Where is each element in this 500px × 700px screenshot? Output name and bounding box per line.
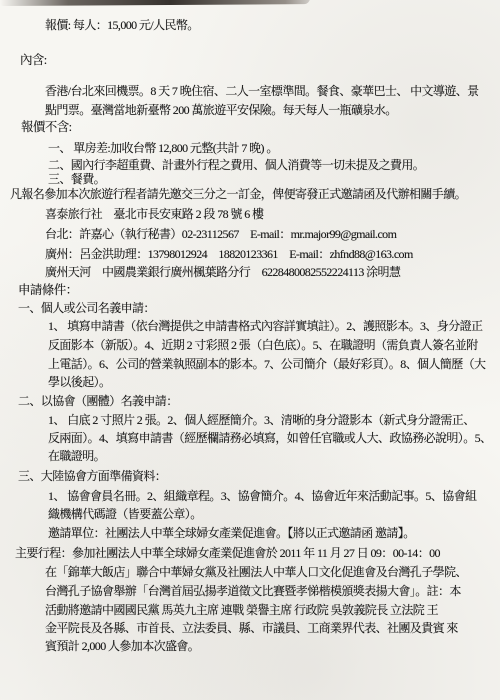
section1-line-2: 反面影本（新版）。4、近期 2 寸彩照 2 張（白色底）。5、在職證明（需負責人… [48, 338, 478, 352]
inviter-line: 邀請單位：社團法人中華全球婦女產業促進會。【將以正式邀請函 邀請】。 [48, 526, 415, 540]
itinerary-line-3: 台灣孔子協會舉辦「台灣首屆弘揚孝道徵文比賽暨孝悌楷模頒獎表揚大會」。註：本 [45, 584, 461, 598]
taipei-contact: 台北：許嘉心（執行秘書）02-23112567 E-mail：mr.major9… [45, 227, 396, 241]
itinerary-line-1: 主要行程：參加社團法人中華全球婦女產業促進會於 2011 年 11 月 27 日… [15, 546, 440, 560]
excludes-item-2: 二、國內行李超重費、計畫外行程之費用、個人消費等一切未提及之費用。 [48, 158, 424, 172]
section1-line-1: 1、 填寫申請書（依台灣提供之申請書格式內容詳實填註）。2、護照影本。3、身分證… [48, 319, 482, 333]
excludes-item-1: 一、 單房差:加收台幣 12,800 元整(共計 7 晚) 。 [48, 141, 278, 155]
conditions-heading: 申請條件： [18, 283, 78, 297]
includes-heading: 內含: [20, 53, 47, 67]
section1-line-3: 上電話）。6、公司的營業執照副本的影本。7、公司簡介（最好彩頁）。8、個人簡歷（… [48, 357, 485, 371]
section2-line-2: 反兩面）。4、填寫申請書（經歷欄請務必填寫，如曾任官職或人大、政協務必說明）。5… [48, 431, 491, 445]
itinerary-line-2: 在「錦華大飯店」聯合中華婦女黨及社團法人中華人口文化促進會及台灣孔子學院、 [45, 565, 467, 579]
scanned-document-page: 報價: 每人：15,000 元/人民幣。 內含: 香港/台北來回機票。8 天 7… [0, 0, 500, 700]
section1-title: 一、個人或公司名義申請： [18, 301, 155, 315]
guangzhou-contact: 廣州：呂金洪助理：13798012924 18820123361 E-mail：… [45, 247, 413, 261]
includes-line-1: 香港/台北來回機票。8 天 7 晚住宿、二人一室標準間。餐食、豪華巴士、 中文導… [45, 84, 479, 98]
agency-name-address: 喜泰旅行社 臺北市長安東路 2 段 78 號 6 樓 [45, 207, 263, 221]
itinerary-line-6: 賓預計 2,000 人參加本次盛會。 [45, 639, 199, 653]
scan-edge-artifact [0, 0, 310, 6]
includes-line-2: 點門票。臺灣當地新臺幣 200 萬旅遊平安保險。每天每人一瓶礦泉水。 [45, 103, 397, 117]
bank-account-line: 廣州天河 中國農業銀行廣州楓葉路分行 6228480082552224113 涂… [45, 265, 400, 279]
price-line: 報價: 每人：15,000 元/人民幣。 [45, 18, 199, 32]
section2-title: 二、以協會（團體）名義申請： [18, 394, 178, 408]
section2-line-3: 在職證明。 [48, 449, 105, 463]
section3-line-1: 1、 協會會員名冊。2、組織章程。3、協會簡介。4、協會近年來活動記事。5、協會… [48, 489, 476, 503]
section3-line-2: 織機構代碼證（皆要蓋公章）。 [48, 507, 202, 521]
itinerary-line-5: 金平院長及各縣、市首長、立法委員、縣、市議員、工商業界代表、社團及貴賓 來 [45, 621, 458, 635]
itinerary-line-4: 活動將邀請中國國民黨 馬英九主席 連戰 榮譽主席 行政院 吳敦義院長 立法院 王 [45, 603, 438, 617]
excludes-heading: 報價不含: [21, 120, 71, 134]
deposit-note: 凡報名參加本次旅遊行程者請先邀交三分之一訂金，俾便寄發正式邀請函及代辦相關手續。 [10, 187, 466, 201]
section2-line-1: 1、 白底 2 寸照片 2 張。2、個人經歷簡介。3、清晰的身分證影本（新式身分… [48, 413, 475, 427]
excludes-item-3: 三、餐費。 [48, 172, 105, 186]
section1-line-4: 學以後起）。 [48, 375, 110, 389]
section3-title: 三、大陸協會方面準備資料： [18, 469, 166, 483]
